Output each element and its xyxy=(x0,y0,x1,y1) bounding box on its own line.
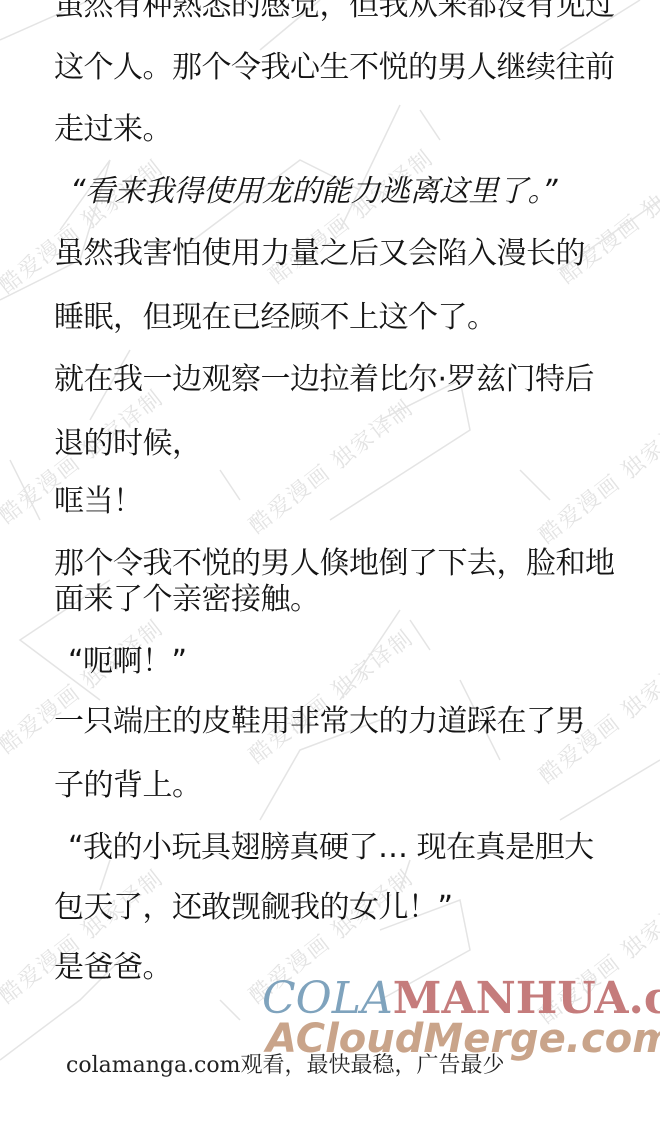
dialogue-line: “我的小玩具翅膀真硬了… 现在真是胆大 xyxy=(68,830,594,866)
story-line: 就在我一边观察一边拉着比尔·罗兹门特后 xyxy=(54,362,594,398)
watermark-text: 酷爱漫画 独家译制 xyxy=(242,621,419,769)
footer-notice: colamanga.com观看，最快最稳，广告最少 xyxy=(66,1052,505,1080)
watermark-text: 酷爱漫画 独家译制 xyxy=(242,391,419,539)
story-line: 退的时候， xyxy=(54,426,202,462)
story-line: 是爸爸。 xyxy=(54,950,172,986)
story-line: 面来了个亲密接触。 xyxy=(54,582,320,618)
story-line: 那个令我不悦的男人倏地倒了下去，脸和地 xyxy=(54,546,615,582)
watermark-text: 酷爱漫画 独家译制 xyxy=(532,401,660,549)
story-line: 这个人。那个令我心生不悦的男人继续往前 xyxy=(54,50,615,86)
story-line: 虽然我害怕使用力量之后又会陷入漫长的 xyxy=(54,236,585,272)
story-line: 睡眠，但现在已经顾不上这个了。 xyxy=(54,300,497,336)
dialogue-line: 包天了，还敢觊觎我的女儿！” xyxy=(54,890,453,926)
sound-effect-line: 哐当！ xyxy=(54,484,143,520)
story-line: 子的背上。 xyxy=(54,768,202,804)
story-line: 虽然有种熟悉的感觉，但我从来都没有见过 xyxy=(54,0,615,24)
watermark-text: 酷爱漫画 独家译制 xyxy=(0,861,169,1009)
manhua-text-page: 酷爱漫画 独家译制 酷爱漫画 独家译制 酷爱漫画 独家译制 酷爱漫画 独家译制 … xyxy=(0,0,660,1130)
dialogue-line: “看来我得使用龙的能力逃离这里了。” xyxy=(70,174,557,210)
dialogue-line: “呃啊！” xyxy=(68,644,187,680)
story-line: 走过来。 xyxy=(54,112,172,148)
story-line: 一只端庄的皮鞋用非常大的力道踩在了男 xyxy=(54,704,585,740)
